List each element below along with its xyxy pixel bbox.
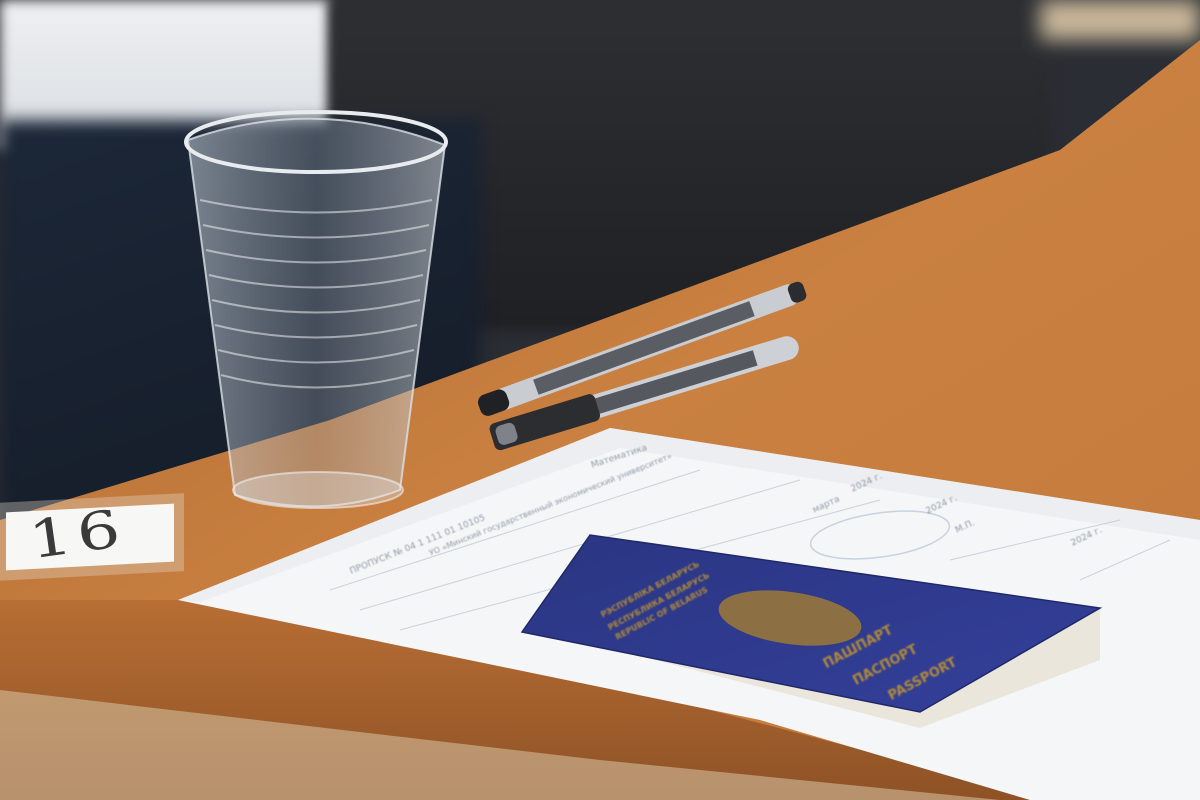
desk-illustration [0, 0, 1200, 800]
photo-scene: 16 ПРОПУСК № 04 1 111 01 10105 УО «Минск… [0, 0, 1200, 800]
